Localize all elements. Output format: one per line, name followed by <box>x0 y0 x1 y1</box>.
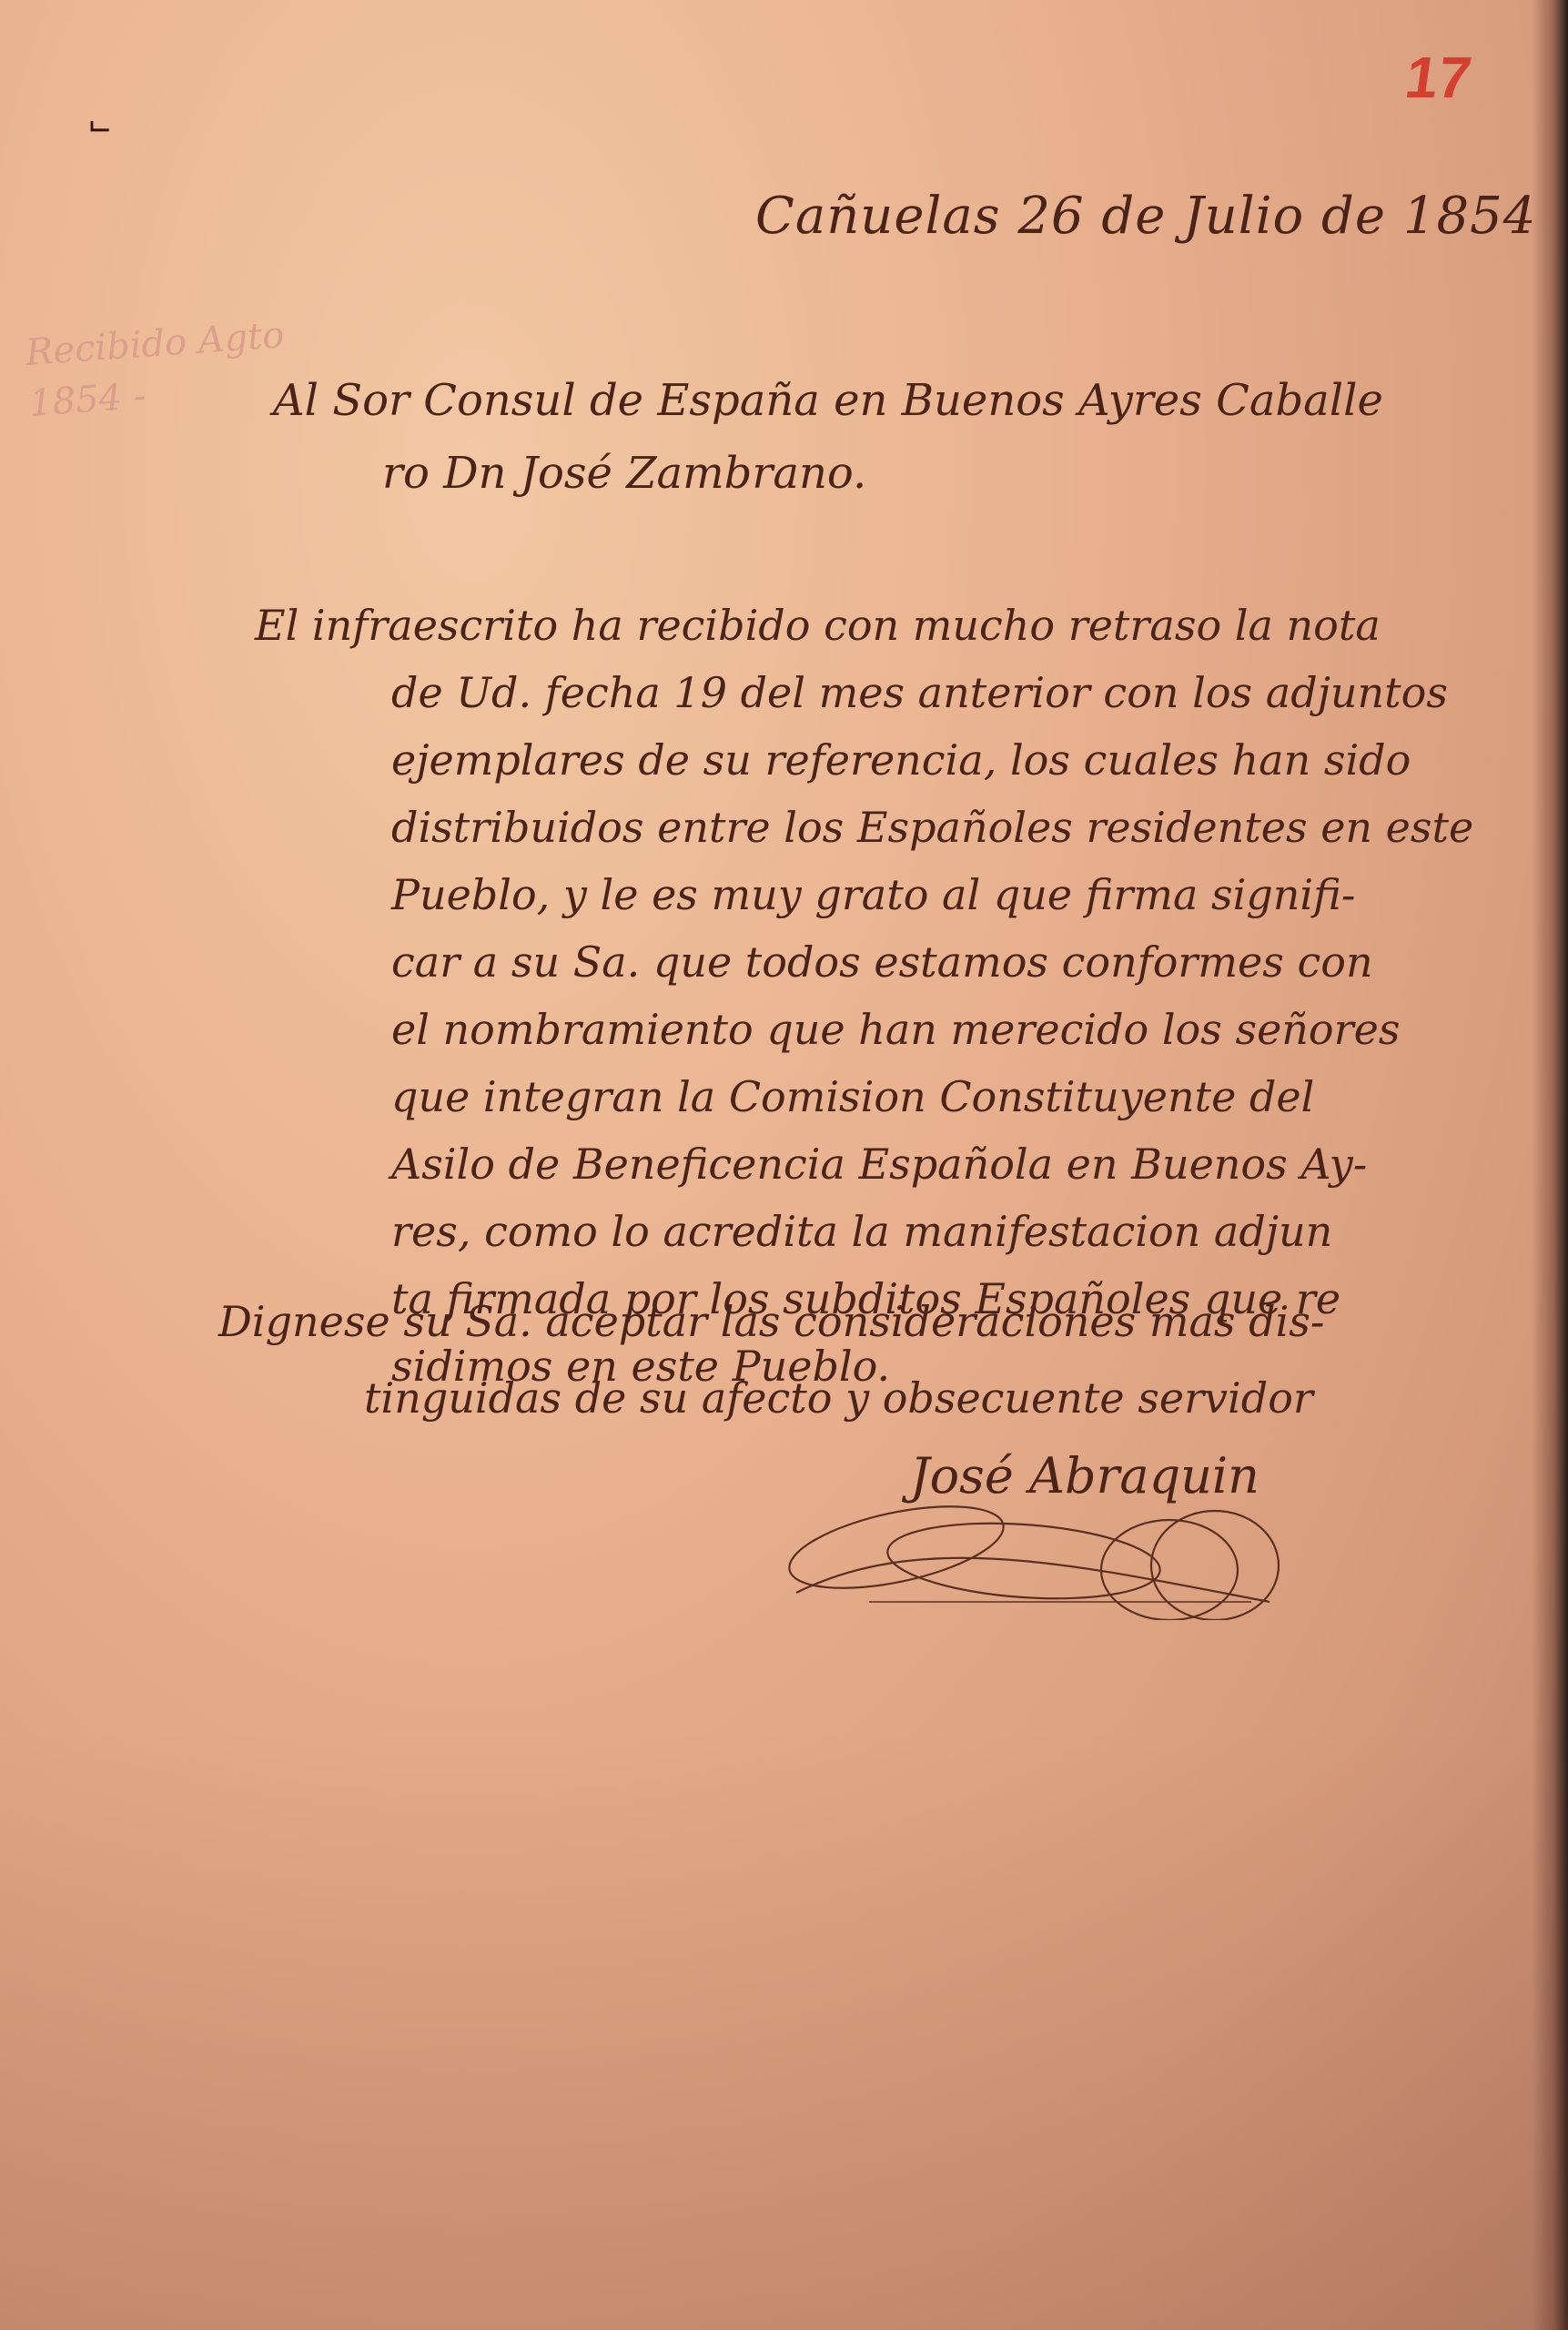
body-line: de Ud. fecha 19 del mes anterior con los… <box>273 659 1547 726</box>
body-line: car a su Sa. que todos estamos conformes… <box>273 928 1547 996</box>
margin-note: Recibido Agto 1854 - <box>24 309 289 430</box>
body-line: que integran la Comision Constituyente d… <box>273 1063 1547 1130</box>
paper-tear-mark: ⨽ <box>89 105 104 137</box>
signature-rubric-flourish <box>760 1493 1288 1620</box>
addressee-block: Al Sor Consul de España en Buenos Ayres … <box>273 364 1529 510</box>
closing-line: tinguidas de su afecto y obsecuente serv… <box>218 1360 1538 1436</box>
body-line: res, como lo acredita la manifestacion a… <box>273 1198 1547 1265</box>
addressee-line: ro Dn José Zambrano. <box>273 437 1529 510</box>
closing-block: Dignese su Sa. aceptar las consideracion… <box>218 1283 1538 1436</box>
body-line: ejemplares de su referencia, los cuales … <box>273 726 1547 794</box>
paper-lower-shading <box>0 1729 1568 2330</box>
body-line: El infraescrito ha recibido con mucho re… <box>255 592 1547 659</box>
letter-body: El infraescrito ha recibido con mucho re… <box>273 592 1547 1400</box>
body-line: Asilo de Beneficencia Española en Buenos… <box>273 1130 1547 1198</box>
body-line: Pueblo, y le es muy grato al que firma s… <box>273 861 1547 928</box>
body-line: el nombramiento que han merecido los señ… <box>273 996 1547 1063</box>
folio-number: 17 <box>1401 44 1476 111</box>
closing-line: Dignese su Sa. aceptar las consideracion… <box>218 1283 1538 1360</box>
addressee-line: Al Sor Consul de España en Buenos Ayres … <box>273 364 1529 437</box>
body-line: distribuidos entre los Españoles residen… <box>273 794 1547 861</box>
place-date-line: Cañuelas 26 de Julio de 1854 <box>755 187 1536 246</box>
